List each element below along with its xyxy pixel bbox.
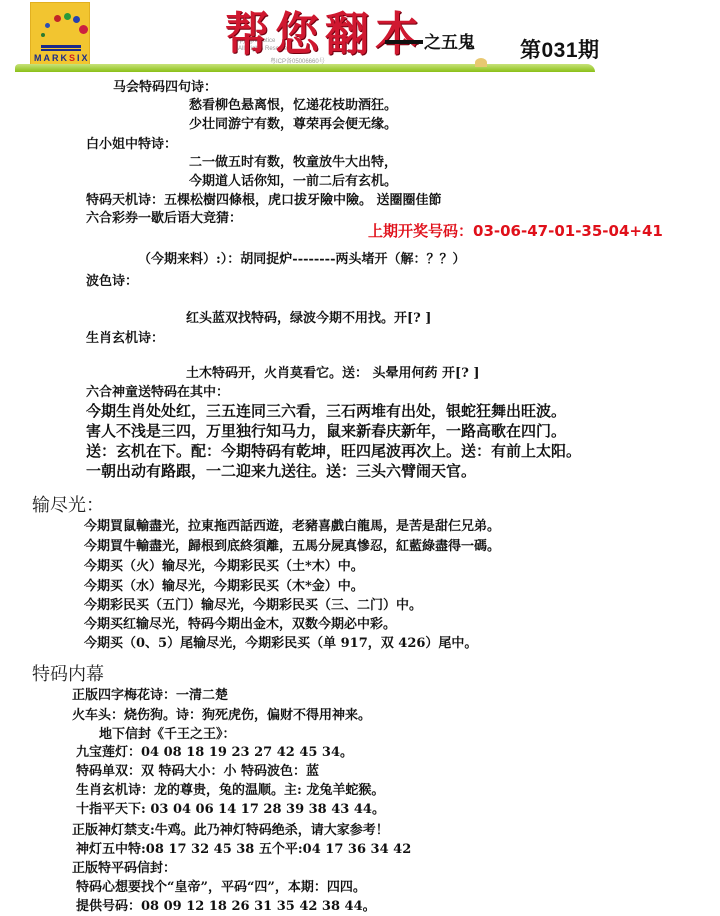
section-title-shentong: 六合神童送特码在其中： bbox=[86, 385, 229, 401]
issue-number: 第031期 bbox=[520, 34, 600, 64]
last-draw-numbers: 上期开奖号码：03-06-47-01-35-04+41 bbox=[368, 220, 663, 241]
shentong-line: 害人不浅是三四，万里独行知马力，鼠来新春庆新年，一路高歌在四门。 bbox=[86, 423, 566, 439]
neimu-line: 正版特平码信封： bbox=[72, 861, 176, 877]
page-title: 帮您翻本 bbox=[225, 0, 425, 64]
ball-icon bbox=[41, 33, 45, 37]
last-draw-label: 上期开奖号码： bbox=[368, 222, 473, 240]
shujinguang-line: 今期買牛輸盡光，歸根到底終須離，五馬分屍真慘忍，紅藍綠盡得一碼。 bbox=[84, 539, 500, 555]
bose-line: 红头蓝双找特码，绿波今期不用找。开[? ] bbox=[186, 311, 431, 327]
neimu-line: 地下信封《千王之王》： bbox=[99, 727, 236, 743]
shujinguang-line: 今期买（水）输尽光，今期彩民买（木*金）中。 bbox=[84, 579, 364, 595]
section-title-bai: 白小姐中特诗： bbox=[86, 137, 177, 153]
section-title-shengxiao: 生肖玄机诗： bbox=[86, 331, 164, 347]
ball-icon bbox=[79, 25, 88, 34]
poem-line: 今期道人话你知，一前二后有玄机。 bbox=[189, 174, 397, 190]
neimu-line: 生肖玄机诗：龙的尊贵，兔的温顺。主: 龙兔羊蛇猴。 bbox=[76, 783, 384, 799]
shengxiao-line: 土木特码开，火肖莫看它。送： 头晕用何药 开[? ] bbox=[186, 366, 480, 382]
shentong-line: 今期生肖处处红，三五连同三六看，三石两堆有出处，银蛇狂舞出旺波。 bbox=[86, 403, 566, 419]
page-header: MARKSIX Copyright notice All Rights Rese… bbox=[0, 0, 720, 76]
shujinguang-line: 今期买红输尽光，特码今期出金木，双数今期必中彩。 bbox=[84, 617, 396, 633]
neimu-line: 十指平天下: 03 04 06 14 17 28 39 38 43 44。 bbox=[76, 802, 385, 818]
neimu-line: 正版神灯禁支:牛鸡。此乃神灯特码绝杀，请大家参考！ bbox=[72, 823, 389, 839]
section-heading-shujinguang: 输尽光： bbox=[32, 491, 104, 517]
logo-text: MARKSIX bbox=[34, 53, 90, 63]
last-draw-value: 03-06-47-01-35-04+41 bbox=[473, 222, 663, 240]
shujinguang-line: 今期彩民买（五门）输尽光，今期彩民买（三、二门）中。 bbox=[84, 598, 422, 614]
neimu-line: 九宝莲灯：04 08 18 19 23 27 42 45 34。 bbox=[76, 745, 353, 761]
neimu-line: 正版四字梅花诗：一清二楚 bbox=[72, 688, 228, 704]
header-banner-bar bbox=[15, 64, 595, 72]
title-underline bbox=[385, 40, 423, 44]
riddle-line: （今期来料）:）：胡同捉炉--------两头堵开（解：？？） bbox=[138, 252, 465, 268]
section-heading-neimu: 特码内幕 bbox=[32, 660, 104, 686]
page-subtitle: 之五鬼 bbox=[424, 28, 475, 53]
shujinguang-line: 今期買鼠輸盡光，拉東拖西話西遊，老豬喜戲白龍馬，是苦是甜仨兄弟。 bbox=[84, 519, 500, 535]
neimu-line: 特码单双：双 特码大小：小 特码波色：蓝 bbox=[76, 764, 319, 780]
ball-icon bbox=[73, 16, 80, 23]
poem-line: 二一做五时有数，牧童放牛大出特， bbox=[189, 155, 397, 171]
section-title-bose: 波色诗： bbox=[86, 274, 138, 290]
neimu-line: 火车头：烧伤狗。诗：狗死虎伤，偏财不得用神来。 bbox=[72, 708, 371, 724]
section-title-liuhe: 六合彩券一歇后语大竞猜： bbox=[86, 211, 242, 227]
poem-line: 愁看柳色悬离恨，忆递花枝助酒狂。 bbox=[189, 98, 397, 114]
shentong-line: 一朝出动有路跟，一二迎来九送往。送：三头六臂闹天官。 bbox=[86, 463, 476, 479]
ball-icon bbox=[54, 15, 61, 22]
marksix-logo: MARKSIX bbox=[30, 2, 90, 70]
shujinguang-line: 今期买（0、5）尾输尽光，今期彩民买（单 917，双 426）尾中。 bbox=[84, 636, 477, 652]
ball-icon bbox=[64, 13, 71, 20]
tianji-poem: 特码天机诗：五棵松樹四條根，虎口拔牙險中險。 送圈圈佳節 bbox=[86, 193, 442, 209]
ball-icon bbox=[45, 23, 50, 28]
shujinguang-line: 今期买（火）输尽光，今期彩民买（土*木）中。 bbox=[84, 559, 364, 575]
shentong-line: 送：玄机在下。配：今期特码有乾坤，旺四尾波再次上。送：有前上太阳。 bbox=[86, 443, 581, 459]
logo-chinese-mark bbox=[41, 45, 81, 51]
section-title-mahui: 马会特码四句诗： bbox=[113, 80, 217, 96]
poem-line: 少壮同游宁有数，尊荣再会便无缘。 bbox=[189, 117, 397, 133]
neimu-line: 提供号码：08 09 12 18 26 31 35 42 38 44。 bbox=[76, 899, 376, 915]
neimu-line: 神灯五中特:08 17 32 45 38 五个平:04 17 36 34 42 bbox=[76, 842, 411, 858]
neimu-line: 特码心想要找个“皇帝”，平码“四”，本期：四四。 bbox=[76, 880, 366, 896]
